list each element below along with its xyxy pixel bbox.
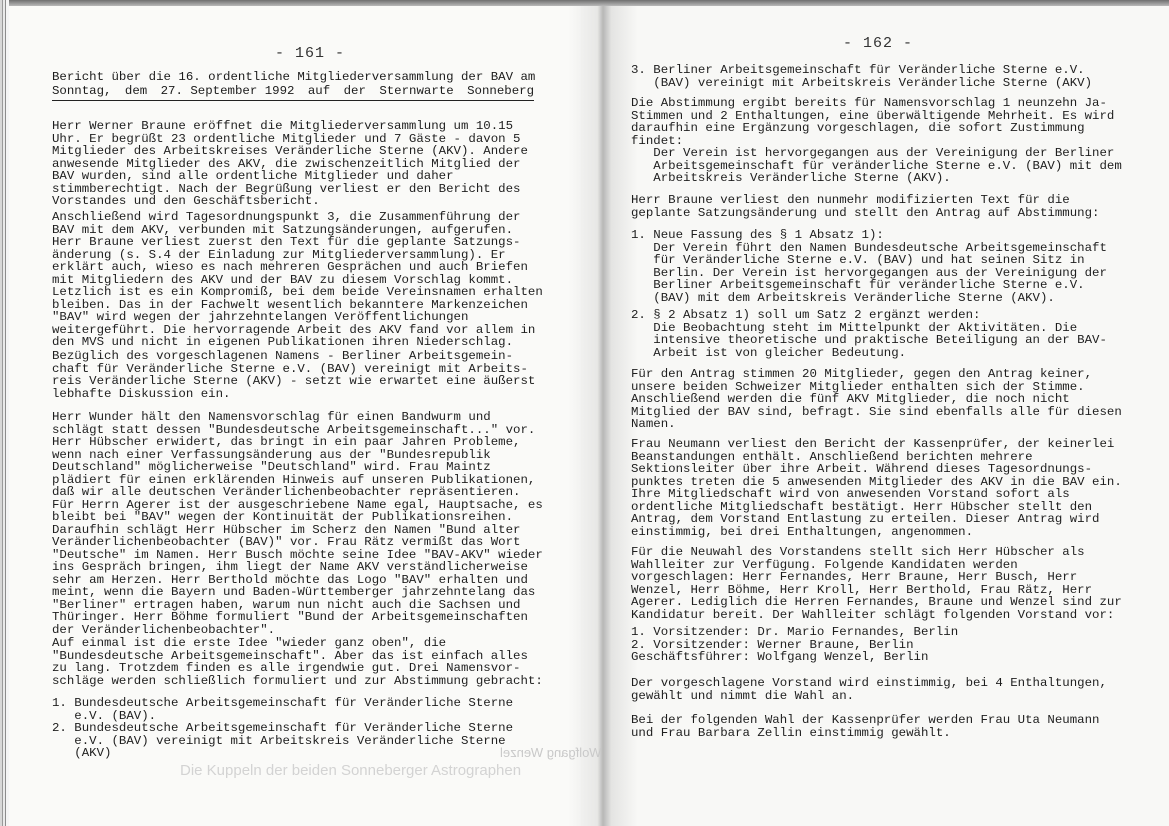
text-line: Veränderlichenbeobachter (BAV)" vor. Fra… xyxy=(52,536,543,549)
text-line: Herr Braune verliest zuerst den Text für… xyxy=(52,236,543,249)
text-line: 2. Bundesdeutsche Arbeitsgemeinschaft fü… xyxy=(52,722,513,735)
text-line: Arbeit ist von gleicher Bedeutung. xyxy=(631,347,1107,360)
headline-line-2: Sonntag, dem 27. September 1992 auf der … xyxy=(52,84,534,98)
paragraph: Bezüglich des vorgeschlagenen Namens - B… xyxy=(52,350,535,400)
text-line: 2. § 2 Absatz 1) soll um Satz 2 ergänzt … xyxy=(631,309,1107,322)
text-line: Herr Hübscher erwidert, das bringt in ei… xyxy=(52,436,543,449)
paragraph: 1. Bundesdeutsche Arbeitsgemeinschaft fü… xyxy=(52,697,513,760)
headline-word: der xyxy=(344,84,366,98)
text-line: Mitglieder des Arbeitskreises Veränderli… xyxy=(52,145,528,158)
text-line: "BAV" wird wegen der jahrzehntelangen Ve… xyxy=(52,311,543,324)
text-line: (BAV) vereinigt mit Arbeitskreis Verände… xyxy=(631,77,1092,90)
text-line: Anschließend wird Tagesordnungspunkt 3, … xyxy=(52,211,543,224)
text-line: Der vorgeschlagene Vorstand wird einstim… xyxy=(631,677,1107,690)
report-headline: Bericht über die 16. ordentliche Mitglie… xyxy=(52,70,534,98)
text-line: Vorstandes und den Geschäftsbericht. xyxy=(52,195,528,208)
text-line: BAV wurden, sind alle ordentliche Mitgli… xyxy=(52,170,528,183)
text-line: e.V. (BAV) vereinigt mit Arbeitskreis Ve… xyxy=(52,735,513,748)
headline-line-1: Bericht über die 16. ordentliche Mitglie… xyxy=(52,70,534,84)
text-line: Frau Neumann verliest den Bericht der Ka… xyxy=(631,438,1122,451)
text-line: Mitglied der BAV sind, befragt. Sie sind… xyxy=(631,406,1122,419)
text-line: Geschäftsführer: Wolfgang Wenzel, Berlin xyxy=(631,651,958,664)
text-line: schläge werden schließlich formuliert un… xyxy=(52,675,543,688)
text-line: Namen. xyxy=(631,418,1122,431)
text-line: intensive theoretische und praktische Be… xyxy=(631,334,1107,347)
headline-word: dem xyxy=(125,84,147,98)
text-line: Herr Werner Braune eröffnet die Mitglied… xyxy=(52,120,528,133)
text-line: den MVS und nicht in eigenen Publikation… xyxy=(52,336,543,349)
text-line: ins Gespräch bringen, ihm liegt der Name… xyxy=(52,561,543,574)
bleed-through-caption: Die Kuppeln der beiden Sonneberger Astro… xyxy=(180,762,521,779)
text-line: 1. Neue Fassung des § 1 Absatz 1): xyxy=(631,229,1107,242)
paragraph: Auf einmal ist die erste Idee "wieder ga… xyxy=(52,637,543,687)
text-line: Herr Braune verliest den nunmehr modifiz… xyxy=(631,194,1099,207)
paragraph: Bei der folgenden Wahl der Kassenprüfer … xyxy=(631,714,1099,739)
text-line: Thüringer. Herr Böhme formuliert "Bund d… xyxy=(52,611,543,624)
text-line: 1. Vorsitzender: Dr. Mario Fernandes, Be… xyxy=(631,626,958,639)
page-stack-edge xyxy=(0,0,9,826)
text-line: Ihre Mitgliedschaft wird von anwesenden … xyxy=(631,488,1122,501)
paragraph: Herr Braune verliest den nunmehr modifiz… xyxy=(631,194,1099,219)
text-line: Bezüglich des vorgeschlagenen Namens - B… xyxy=(52,350,535,363)
text-line: Der Verein ist hervorgegangen aus der Ve… xyxy=(631,147,1122,160)
text-line: zu lang. Trotzdem finden es alle irgendw… xyxy=(52,662,543,675)
text-line: bleibt bei "BAV" wegen der Kontinuität d… xyxy=(52,511,543,524)
paragraph: Anschließend wird Tagesordnungspunkt 3, … xyxy=(52,211,543,349)
headline-word: Sonneberg xyxy=(467,84,534,98)
text-line: (BAV) mit dem Arbeitskreis Veränderliche… xyxy=(631,292,1107,305)
text-line: (AKV) xyxy=(52,747,513,760)
headline-word: Sonntag, xyxy=(52,84,112,98)
text-line: Anschließend werden die fünf AKV Mitglie… xyxy=(631,393,1122,406)
paragraph: Herr Werner Braune eröffnet die Mitglied… xyxy=(52,120,528,208)
text-line: Antrag, dem Vorstand Entlastung zu ertei… xyxy=(631,513,1122,526)
text-line: Die Abstimmung ergibt bereits für Namens… xyxy=(631,97,1122,110)
text-line: 3. Berliner Arbeitsgemeinschaft für Verä… xyxy=(631,64,1092,77)
paragraph: 2. § 2 Absatz 1) soll um Satz 2 ergänzt … xyxy=(631,309,1107,359)
text-line: Auf einmal ist die erste Idee "wieder ga… xyxy=(52,637,543,650)
text-line: Für die Neuwahl des Vorstandens stellt s… xyxy=(631,546,1122,559)
headline-word: Sternwarte xyxy=(379,84,453,98)
text-line: lebhafte Diskussion ein. xyxy=(52,388,535,401)
headline-underline xyxy=(52,100,534,101)
paragraph: Für die Neuwahl des Vorstandens stellt s… xyxy=(631,546,1122,621)
text-line: Letzlich ist es ein Kompromiß, bei dem b… xyxy=(52,286,543,299)
text-line: Kandidatur bereit. Der Wahlleiter schläg… xyxy=(631,609,1122,622)
paragraph: Die Abstimmung ergibt bereits für Namens… xyxy=(631,97,1122,185)
text-line: Agerer. Lediglich die Herren Fernandes, … xyxy=(631,596,1122,609)
paragraph: Frau Neumann verliest den Bericht der Ka… xyxy=(631,438,1122,538)
text-line: erklärt auch, wieso es nach mehreren Ges… xyxy=(52,261,543,274)
text-line: daraufhin eine Ergänzung vorgeschlagen, … xyxy=(631,122,1122,135)
text-line: 1. Bundesdeutsche Arbeitsgemeinschaft fü… xyxy=(52,697,513,710)
text-line: geplante Satzungsänderung und stellt den… xyxy=(631,207,1099,220)
text-line: meint, wenn die Bayern und Baden-Württem… xyxy=(52,586,543,599)
text-line: Arbeitskreis Veränderliche Sterne (AKV). xyxy=(631,172,1122,185)
paragraph: 1. Neue Fassung des § 1 Absatz 1): Der V… xyxy=(631,229,1107,304)
scanner-top-edge xyxy=(0,0,1169,6)
text-line: Bei der folgenden Wahl der Kassenprüfer … xyxy=(631,714,1099,727)
headline-word: 27. September 1992 xyxy=(161,84,295,98)
paragraph: Herr Wunder hält den Namensvorschlag für… xyxy=(52,411,543,636)
page-number-left: - 161 - xyxy=(275,45,345,62)
text-line: Herr Wunder hält den Namensvorschlag für… xyxy=(52,411,543,424)
text-line: Sektionsleiter über ihre Arbeit. Während… xyxy=(631,463,1122,476)
text-line: Berliner Arbeitsgemeinschaft für verände… xyxy=(631,279,1107,292)
text-line: Für den Antrag stimmen 20 Mitglieder, ge… xyxy=(631,368,1122,381)
text-line: vorgeschlagen: Herr Fernandes, Herr Brau… xyxy=(631,571,1122,584)
text-line: daß wir alle deutschen Veränderlichenbeo… xyxy=(52,486,543,499)
text-line: Deutschland" möglicherweise "Deutschland… xyxy=(52,461,543,474)
page-number-right: - 162 - xyxy=(843,35,913,52)
text-line: reis Veränderliche Sterne (AKV) - setzt … xyxy=(52,375,535,388)
text-line: der Veränderlichenbeobachter". xyxy=(52,624,543,637)
text-line: und Frau Barbara Zellin einstimmig gewäh… xyxy=(631,727,1099,740)
bleed-through-signature: Wolfgang Wenzel xyxy=(500,745,601,760)
text-line: für Veränderliche Sterne e.V. (BAV) und … xyxy=(631,254,1107,267)
paragraph: Der vorgeschlagene Vorstand wird einstim… xyxy=(631,677,1107,702)
paragraph: Für den Antrag stimmen 20 Mitglieder, ge… xyxy=(631,368,1122,431)
scanned-book-spread: Wolfgang Wenzel Die Kuppeln der beiden S… xyxy=(0,0,1169,826)
paragraph: 3. Berliner Arbeitsgemeinschaft für Verä… xyxy=(631,64,1092,89)
headline-word: auf xyxy=(308,84,330,98)
text-line: gewählt und nimmt die Wahl an. xyxy=(631,690,1107,703)
paragraph: 1. Vorsitzender: Dr. Mario Fernandes, Be… xyxy=(631,626,958,664)
text-line: einstimmig, bei drei Enthaltungen, angen… xyxy=(631,526,1122,539)
